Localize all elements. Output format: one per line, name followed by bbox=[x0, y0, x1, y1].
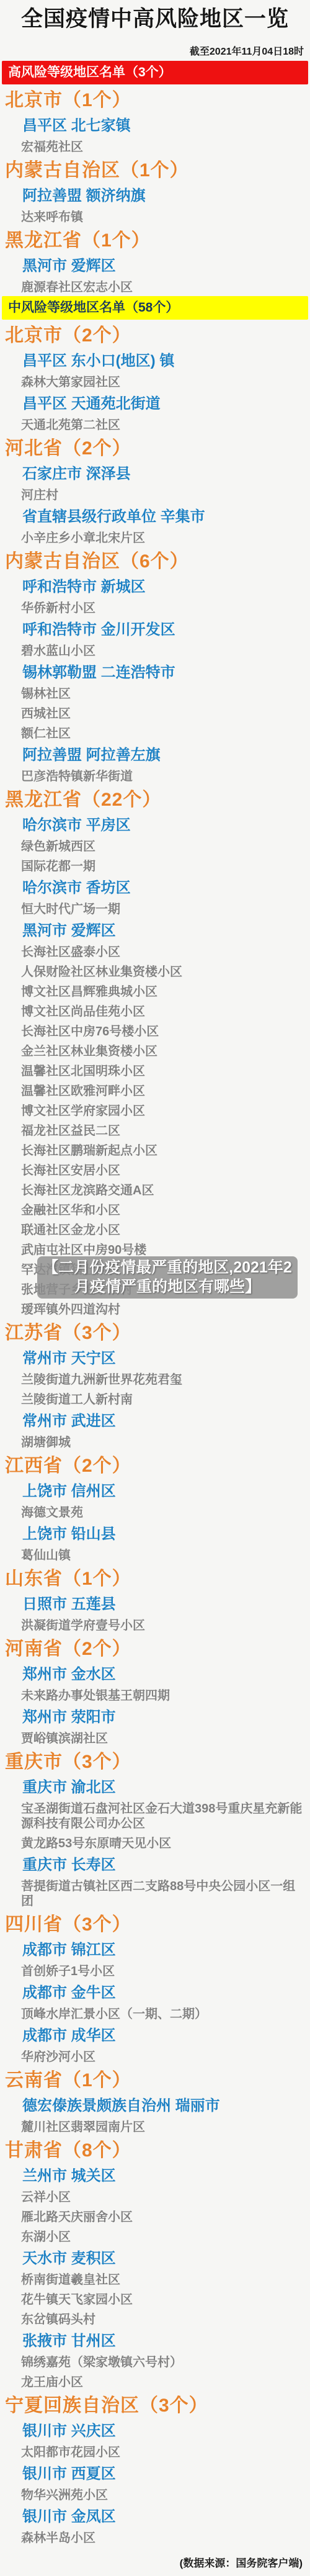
area-item: 博文社区学府家园小区 bbox=[21, 1104, 305, 1119]
area-item: 锦绣嘉苑（梁家墩镇六号村） bbox=[21, 2355, 305, 2370]
district-heading: 上饶市 铅山县 bbox=[22, 1525, 310, 1543]
province-heading: 黑龙江省（1个） bbox=[5, 230, 310, 252]
area-item: 物华兴洲苑小区 bbox=[21, 2488, 305, 2503]
district-heading: 呼和浩特市 金川开发区 bbox=[22, 621, 310, 639]
area-item: 博文社区尚品佳苑小区 bbox=[21, 1004, 305, 1019]
district-heading: 日照市 五莲县 bbox=[22, 1595, 310, 1613]
area-item: 麓川社区翡翠园南片区 bbox=[21, 2120, 305, 2135]
province-heading: 北京市（1个） bbox=[5, 89, 310, 112]
district-heading: 锡林郭勒盟 二连浩特市 bbox=[22, 664, 310, 682]
infographic-page: 全国疫情中高风险地区一览 截至2021年11月04日18时 高风险等级地区名单（… bbox=[0, 0, 310, 2576]
district-heading: 成都市 成华区 bbox=[22, 2027, 310, 2045]
area-item: 东湖小区 bbox=[21, 2230, 305, 2245]
area-item: 葛仙山镇 bbox=[21, 1548, 305, 1563]
district-heading: 呼和浩特市 新城区 bbox=[22, 578, 310, 596]
province-heading: 云南省（1个） bbox=[5, 2069, 310, 2092]
district-heading: 黑河市 爱辉区 bbox=[22, 257, 310, 275]
area-item: 顶峰水岸汇景小区（一期、二期） bbox=[21, 2007, 305, 2022]
area-item: 碧水蓝山小区 bbox=[21, 644, 305, 659]
area-item: 河庄村 bbox=[21, 488, 305, 503]
area-item: 温馨社区北国明珠小区 bbox=[21, 1064, 305, 1079]
area-item: 云祥小区 bbox=[21, 2190, 305, 2205]
district-heading: 张掖市 甘州区 bbox=[22, 2332, 310, 2350]
area-item: 湖塘御城 bbox=[21, 1435, 305, 1450]
area-item: 金融社区华和小区 bbox=[21, 1203, 305, 1218]
province-heading: 内蒙古自治区（6个） bbox=[5, 551, 310, 573]
district-heading: 常州市 天宁区 bbox=[22, 1349, 310, 1367]
province-heading: 北京市（2个） bbox=[5, 325, 310, 347]
district-heading: 银川市 兴庆区 bbox=[22, 2422, 310, 2440]
district-heading: 哈尔滨市 平房区 bbox=[22, 816, 310, 834]
risk-banner-medium: 中风险等级地区名单（58个） bbox=[2, 296, 308, 320]
watermark-overlay: 【二月份疫情最严重的地区,2021年2月疫情严重的地区有哪些】 bbox=[37, 1256, 298, 1299]
area-item: 兰陵街道九洲新世界花苑君玺 bbox=[21, 1372, 305, 1387]
district-heading: 银川市 金凤区 bbox=[22, 2508, 310, 2526]
area-item: 首创娇子1号小区 bbox=[21, 1964, 305, 1979]
district-heading: 常州市 武进区 bbox=[22, 1412, 310, 1430]
area-item: 金兰社区林业集资楼小区 bbox=[21, 1044, 305, 1059]
province-heading: 河南省（2个） bbox=[5, 1638, 310, 1660]
area-item: 东岔镇码头村 bbox=[21, 2312, 305, 2327]
area-item: 达来呼布镇 bbox=[21, 210, 305, 225]
district-heading: 阿拉善盟 额济纳旗 bbox=[22, 187, 310, 205]
province-heading: 江西省（2个） bbox=[5, 1455, 310, 1477]
area-item: 博文社区昌辉雅典城小区 bbox=[21, 984, 305, 999]
province-heading: 宁夏回族自治区（3个） bbox=[5, 2395, 310, 2417]
area-item: 雁北路天庆丽舍小区 bbox=[21, 2210, 305, 2225]
district-heading: 郑州市 荥阳市 bbox=[22, 1708, 310, 1726]
area-item: 洪凝街道学府壹号小区 bbox=[21, 1618, 305, 1633]
area-item: 长海社区安居小区 bbox=[21, 1163, 305, 1178]
area-item: 贾峪镇滨湖社区 bbox=[21, 1731, 305, 1746]
district-heading: 重庆市 长寿区 bbox=[22, 1856, 310, 1874]
area-item: 花牛镇天飞家园小区 bbox=[21, 2292, 305, 2307]
area-item: 黄龙路53号东原晴天见小区 bbox=[21, 1836, 305, 1851]
area-item: 宏福苑社区 bbox=[21, 140, 305, 155]
as-of-timestamp: 截至2021年11月04日18时 bbox=[0, 43, 310, 58]
district-heading: 昌平区 东小口(地区) 镇 bbox=[22, 352, 310, 370]
area-item: 太阳都市花园小区 bbox=[21, 2445, 305, 2460]
province-heading: 四川省（3个） bbox=[5, 1914, 310, 1936]
area-item: 长海社区鹏瑞新起点小区 bbox=[21, 1143, 305, 1158]
district-heading: 重庆市 渝北区 bbox=[22, 1778, 310, 1796]
area-item: 长海社区龙滨路交通A区 bbox=[21, 1183, 305, 1198]
area-item: 鹿源春社区宏志小区 bbox=[21, 280, 305, 295]
district-heading: 银川市 西夏区 bbox=[22, 2465, 310, 2483]
area-item: 天通北苑第二社区 bbox=[21, 418, 305, 433]
area-item: 瑷珲镇外四道沟村 bbox=[21, 1302, 305, 1317]
area-item: 森林大第家园社区 bbox=[21, 375, 305, 390]
district-heading: 郑州市 金水区 bbox=[22, 1665, 310, 1683]
district-heading: 黑河市 爱辉区 bbox=[22, 922, 310, 940]
district-heading: 昌平区 北七家镇 bbox=[22, 117, 310, 135]
district-heading: 成都市 锦江区 bbox=[22, 1941, 310, 1959]
province-heading: 重庆市（3个） bbox=[5, 1751, 310, 1773]
risk-banner-high: 高风险等级地区名单（3个） bbox=[2, 61, 308, 84]
district-heading: 上饶市 信州区 bbox=[22, 1482, 310, 1500]
province-heading: 河北省（2个） bbox=[5, 438, 310, 460]
district-heading: 德宏傣族景颇族自治州 瑞丽市 bbox=[22, 2097, 310, 2115]
area-item: 西城社区 bbox=[21, 706, 305, 721]
area-item: 宝圣湖街道石盘河社区金石大道398号重庆星充新能源科技有限公司办公区 bbox=[21, 1801, 305, 1831]
area-item: 龙王庙小区 bbox=[21, 2375, 305, 2390]
area-item: 兰陵街道工人新村南 bbox=[21, 1392, 305, 1407]
area-item: 长海社区中房76号楼小区 bbox=[21, 1024, 305, 1039]
page-title: 全国疫情中高风险地区一览 bbox=[4, 5, 306, 34]
province-heading: 山东省（1个） bbox=[5, 1568, 310, 1590]
area-item: 华府沙河小区 bbox=[21, 2050, 305, 2065]
area-item: 联通社区金龙小区 bbox=[21, 1223, 305, 1238]
area-item: 恒大时代广场一期 bbox=[21, 902, 305, 917]
area-item: 桥南街道羲皇社区 bbox=[21, 2272, 305, 2287]
province-heading: 黑龙江省（22个） bbox=[5, 789, 310, 811]
area-item: 华侨新村小区 bbox=[21, 601, 305, 616]
district-heading: 哈尔滨市 香坊区 bbox=[22, 879, 310, 897]
area-item: 国际花都一期 bbox=[21, 859, 305, 874]
area-item: 武庙屯社区中房90号楼 bbox=[21, 1243, 305, 1258]
area-item: 福龙社区益民二区 bbox=[21, 1124, 305, 1138]
area-item: 人保财险社区林业集资楼小区 bbox=[21, 965, 305, 980]
area-item: 未来路办事处银基王朝四期 bbox=[21, 1688, 305, 1703]
area-item: 菩提街道古镇社区西二支路88号中央公园小区一组团 bbox=[21, 1879, 305, 1909]
province-heading: 江苏省（3个） bbox=[5, 1322, 310, 1344]
district-heading: 石家庄市 深泽县 bbox=[22, 465, 310, 483]
area-item: 小辛庄乡小章北宋片区 bbox=[21, 531, 305, 546]
area-item: 长海社区盛泰小区 bbox=[21, 945, 305, 960]
province-heading: 甘肃省（8个） bbox=[5, 2140, 310, 2162]
area-item: 锡林社区 bbox=[21, 687, 305, 701]
data-source-note: (数据来源：国务院客户端) bbox=[0, 2546, 310, 2576]
area-item: 森林半岛小区 bbox=[21, 2531, 305, 2546]
district-heading: 天水市 麦积区 bbox=[22, 2249, 310, 2268]
area-item: 巴彦浩特镇新华街道 bbox=[21, 769, 305, 784]
district-heading: 省直辖县级行政单位 辛集市 bbox=[22, 508, 310, 526]
area-item: 海德文景苑 bbox=[21, 1505, 305, 1520]
area-item: 绿色新城西区 bbox=[21, 839, 305, 854]
district-heading: 兰州市 城关区 bbox=[22, 2167, 310, 2185]
district-heading: 昌平区 天通苑北街道 bbox=[22, 395, 310, 413]
area-item: 温馨社区欧雅河畔小区 bbox=[21, 1084, 305, 1099]
province-heading: 内蒙古自治区（1个） bbox=[5, 160, 310, 182]
district-heading: 阿拉善盟 阿拉善左旗 bbox=[22, 746, 310, 764]
district-heading: 成都市 金牛区 bbox=[22, 1984, 310, 2002]
area-item: 额仁社区 bbox=[21, 726, 305, 741]
risk-sections: 高风险等级地区名单（3个）北京市（1个）昌平区 北七家镇宏福苑社区内蒙古自治区（… bbox=[0, 61, 310, 2546]
